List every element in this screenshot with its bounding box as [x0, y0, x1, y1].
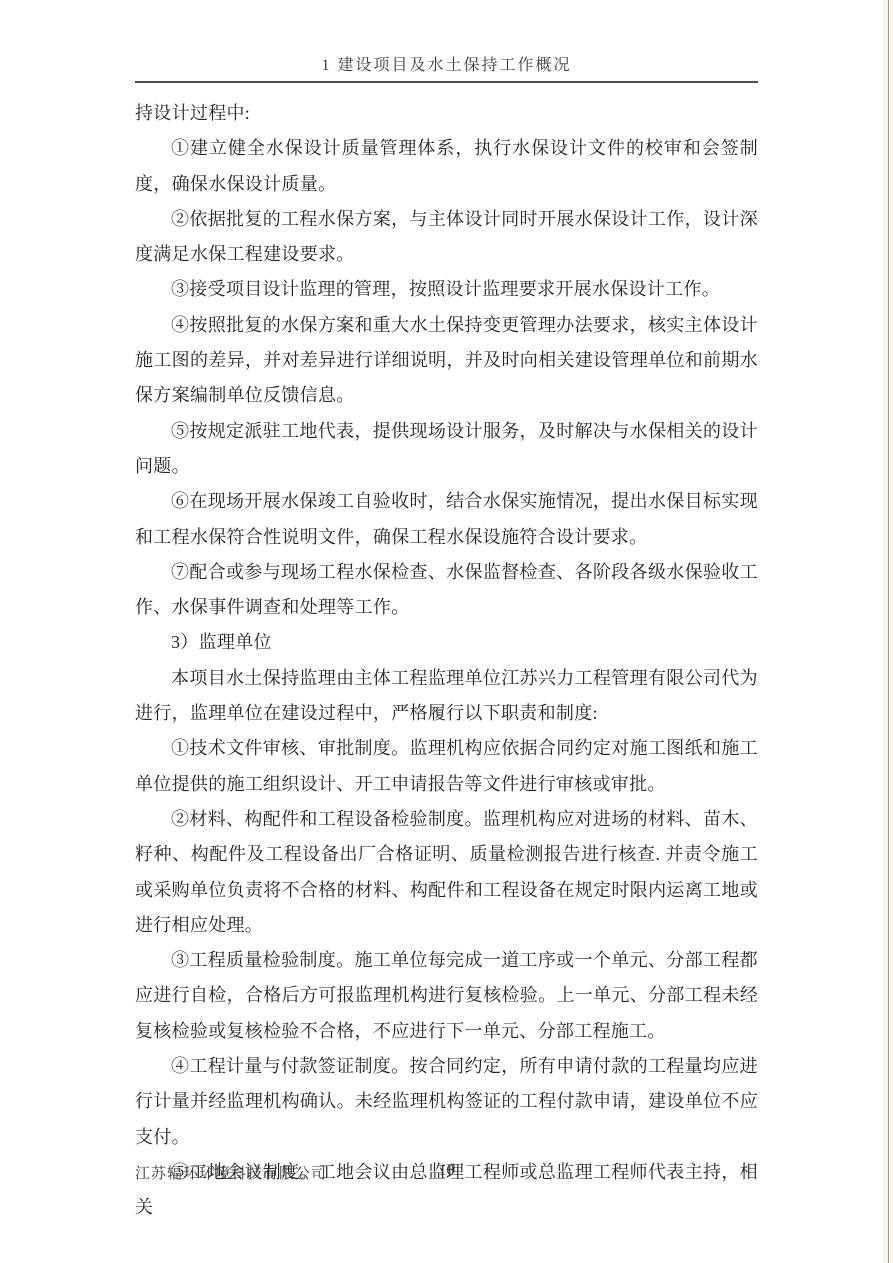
body-paragraph: ②材料、构配件和工程设备检验制度。监理机构应对进场的材料、苗木、籽种、构配件及工…: [135, 802, 758, 943]
body-paragraph: ③接受项目设计监理的管理，按照设计监理要求开展水保设计工作。: [135, 272, 758, 307]
body-paragraph: ⑥在现场开展水保竣工自验收时，结合水保实施情况，提出水保目标实现和工程水保符合性…: [135, 484, 758, 555]
body-paragraph: ⑦配合或参与现场工程水保检查、水保监督检查、各阶段各级水保验收工作、水保事件调查…: [135, 555, 758, 626]
body-paragraph: ①技术文件审核、审批制度。监理机构应依据合同约定对施工图纸和施工单位提供的施工组…: [135, 731, 758, 802]
body-paragraph: 3）监理单位: [135, 625, 758, 660]
body-paragraph: 本项目水土保持监理由主体工程监理单位江苏兴力工程管理有限公司代为进行，监理单位在…: [135, 661, 758, 732]
footer-page-number: 10: [135, 1162, 758, 1180]
body-paragraph: ③工程质量检验制度。施工单位每完成一道工序或一个单元、分部工程都应进行自检，合格…: [135, 943, 758, 1049]
body-paragraph: ④按照批复的水保方案和重大水土保持变更管理办法要求，核实主体设计施工图的差异，并…: [135, 308, 758, 414]
document-body: 持设计过程中: ①建立健全水保设计质量管理体系，执行水保设计文件的校审和会签制度…: [135, 96, 758, 1226]
body-paragraph: ④工程计量与付款签证制度。按合同约定，所有申请付款的工程量均应进行计量并经监理机…: [135, 1049, 758, 1155]
header-rule: [135, 81, 758, 83]
page-footer: 江苏辐环环境科技有限公司 10: [135, 1162, 758, 1186]
page-edge-line: [888, 0, 890, 1263]
body-paragraph: ⑤按规定派驻工地代表，提供现场设计服务，及时解决与水保相关的设计问题。: [135, 414, 758, 485]
body-paragraph: ①建立健全水保设计质量管理体系，执行水保设计文件的校审和会签制度，确保水保设计质…: [135, 131, 758, 202]
document-page: 1 建设项目及水土保持工作概况 持设计过程中: ①建立健全水保设计质量管理体系，…: [0, 0, 893, 1263]
page-header-title: 1 建设项目及水土保持工作概况: [135, 52, 758, 75]
body-paragraph: ②依据批复的工程水保方案，与主体设计同时开展水保设计工作，设计深度满足水保工程建…: [135, 202, 758, 273]
page-right-edge: [883, 0, 893, 1263]
body-paragraph: 持设计过程中:: [135, 96, 758, 131]
